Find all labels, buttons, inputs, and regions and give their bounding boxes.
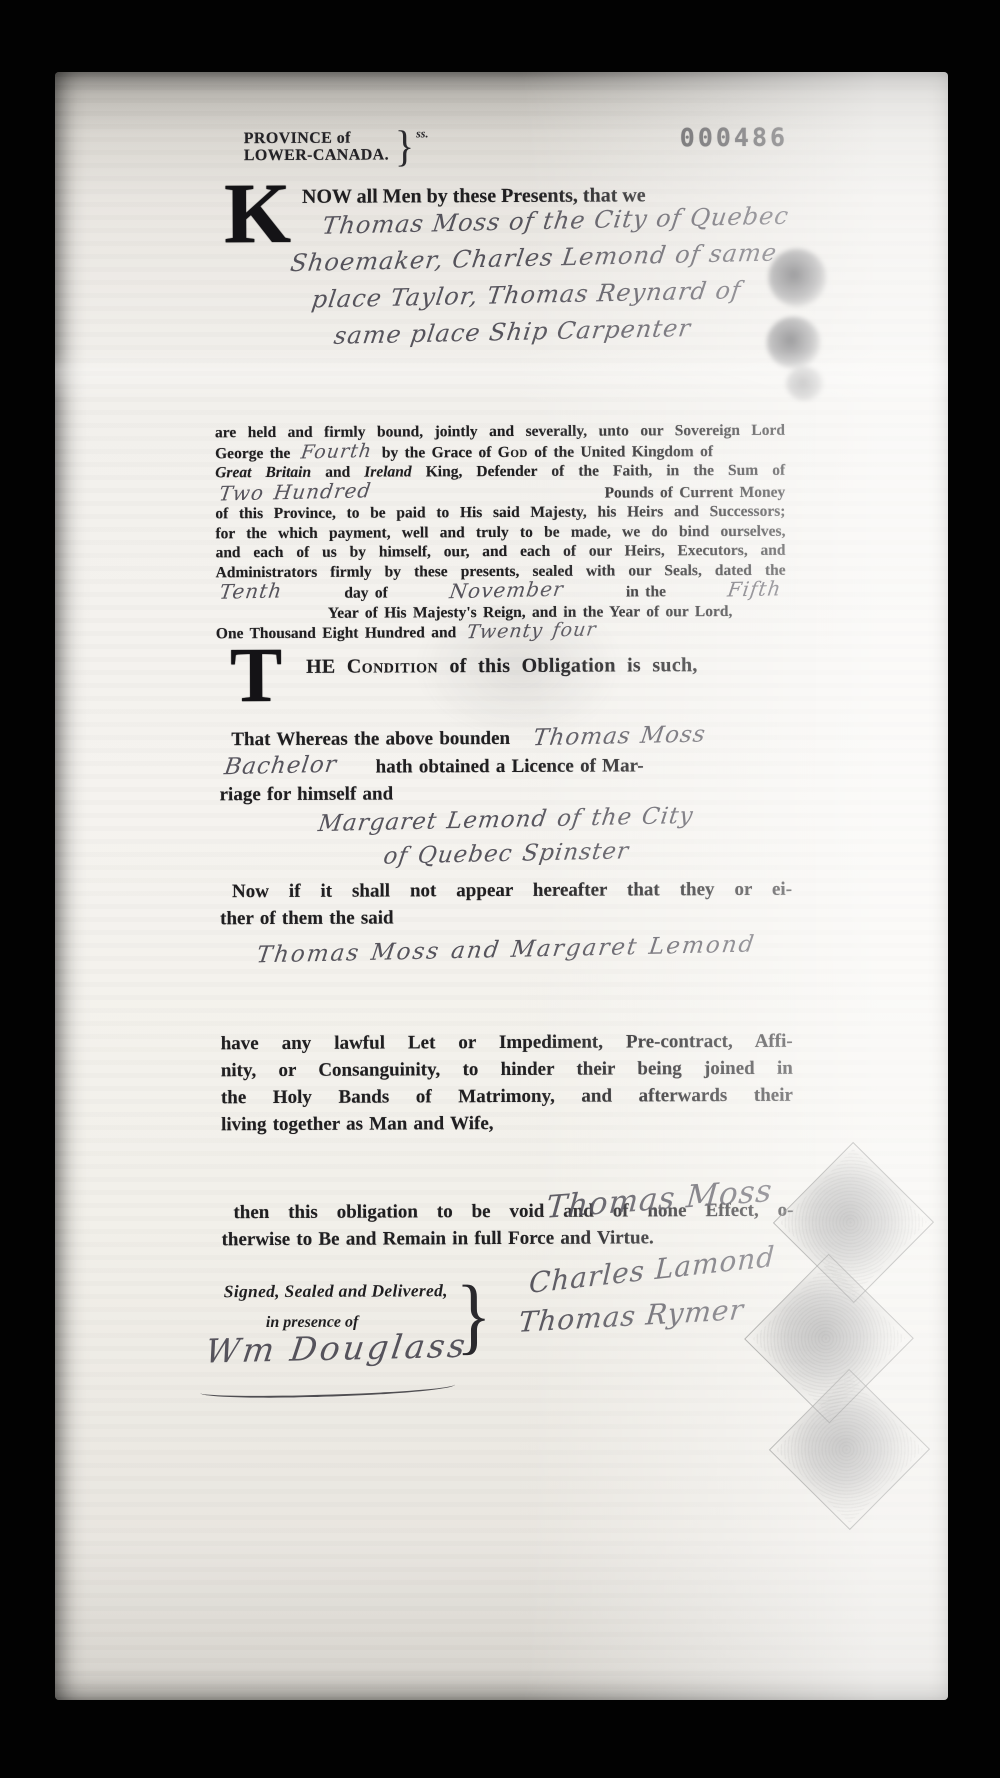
printed-text: God	[498, 443, 528, 460]
text-line: of Quebec Spinster	[220, 840, 792, 876]
text-line: Margaret Lemond of the City	[220, 806, 792, 842]
printed-text: of the United Kingdom of	[528, 443, 713, 461]
printed-text: riage for himself and	[220, 783, 394, 805]
header: PROVINCE of LOWER-CANADA. } ss.	[244, 122, 429, 170]
ink-blot	[786, 367, 824, 401]
bound-parties-handwriting: Thomas Moss of the City of QuebecShoemak…	[292, 206, 793, 356]
text-line: and each of us by himself, our, and each…	[216, 541, 786, 563]
handwritten-text: Bachelor	[222, 752, 338, 781]
printed-text: therwise to Be and Remain in full Force …	[221, 1227, 653, 1250]
text-line: Now if it shall not appear hereafter tha…	[220, 876, 792, 905]
province-line1: PROVINCE of	[244, 129, 389, 147]
handwritten-text: Shoemaker, Charles Lemond of same	[289, 239, 779, 278]
party-signature: Thomas Rymer	[518, 1295, 744, 1338]
dropcap-k: K	[224, 180, 291, 247]
printed-text: ther of them the said	[220, 907, 394, 929]
condition-body: That Whereas the above bounden Thomas Mo…	[219, 723, 793, 1253]
wax-wafer-seal	[769, 1369, 930, 1530]
printed-text: Great Britain	[215, 464, 311, 481]
handwritten-text: Wm Douglass	[203, 1326, 471, 1371]
dropcap-t: T	[230, 645, 282, 706]
text-line: the Holy Bands of Matrimony, and afterwa…	[221, 1082, 793, 1111]
ink-blot	[767, 317, 821, 369]
handwritten-text: of Quebec Spinster	[381, 838, 630, 870]
printed-text: have any lawful Let or Impediment, Pre-c…	[221, 1031, 793, 1054]
province-title: PROVINCE of LOWER-CANADA.	[244, 129, 389, 164]
province-line2: LOWER-CANADA.	[244, 146, 389, 164]
printed-text: by the Grace of	[375, 444, 497, 462]
bleed-through-stain	[414, 591, 625, 742]
printed-text: in the	[626, 582, 666, 602]
witness-signature: Wm Douglass	[206, 1328, 468, 1369]
text-line: Thomas Moss and Margaret Lemond	[220, 930, 792, 1004]
serial-number-stamp: 000486	[680, 123, 788, 152]
handwritten-text: Thomas Moss of the City of Quebec	[321, 202, 791, 240]
text-line: riage for himself and	[220, 779, 792, 808]
text-line: living together as Man and Wife,	[221, 1109, 793, 1138]
handwritten-text: Margaret Lemond of the City	[316, 803, 695, 838]
printed-text: Pounds of Current Money	[605, 482, 786, 502]
printed-text: King, Defender of the Faith, in the Sum …	[412, 462, 786, 481]
printed-text: Now if it shall not appear hereafter tha…	[232, 879, 792, 902]
signing-block: Signed, Sealed and Delivered, in presenc…	[224, 1279, 844, 1333]
printed-text: hath obtained a Licence of Mar-	[376, 755, 644, 777]
printed-text: day of	[344, 583, 388, 603]
printed-text: the Holy Bands of Matrimony, and afterwa…	[221, 1085, 793, 1108]
text-line: for the which payment, well and truly to…	[215, 521, 785, 543]
text-line: are held and firmly bound, jointly and s…	[215, 421, 785, 443]
paper-sheet: PROVINCE of LOWER-CANADA. } ss. 000486 K…	[55, 72, 948, 1700]
printed-text: and each of us by himself, our, and each…	[216, 542, 786, 561]
text-line: place Taylor, Thomas Reynard of	[276, 280, 776, 319]
text-line: have any lawful Let or Impediment, Pre-c…	[221, 1028, 793, 1057]
text-line: ther of them the said	[220, 903, 792, 932]
printed-text: for the which payment, well and truly to…	[215, 522, 785, 541]
text-line: nity, or Consanguinity, to hinder their …	[221, 1055, 793, 1084]
handwritten-text: Fourth	[299, 441, 373, 462]
printed-text: HE	[306, 656, 347, 678]
handwritten-text: same place Ship Carpenter	[332, 314, 693, 350]
handwritten-text: place Taylor, Thomas Reynard of	[310, 276, 743, 313]
text-line: Bachelorhath obtained a Licence of Mar-	[219, 751, 791, 781]
printed-text: living together as Man and Wife,	[221, 1113, 494, 1135]
printed-text: George the	[215, 444, 297, 461]
document-scan: PROVINCE of LOWER-CANADA. } ss. 000486 K…	[0, 0, 1000, 1778]
text-line: of this Province, to be paid to His said…	[215, 502, 785, 524]
printed-text: nity, or Consanguinity, to hinder their …	[221, 1058, 793, 1081]
ink-blot	[768, 249, 826, 307]
ss-abbreviation: ss.	[416, 126, 428, 141]
handwritten-text: Fifth	[727, 579, 783, 600]
handwritten-text: Thomas Moss and Margaret Lemond	[255, 932, 757, 970]
handwritten-text: Tenth	[218, 581, 283, 602]
text-line: George the Fourth by the Grace of God of…	[215, 440, 785, 463]
printed-text: of this Province, to be paid to His said…	[215, 503, 785, 522]
header-brace: }	[395, 120, 414, 172]
text-line: Two HundredPounds of Current Money	[215, 480, 785, 504]
printed-text: are held and firmly bound, jointly and s…	[215, 422, 785, 441]
paper-content: PROVINCE of LOWER-CANADA. } ss. 000486 K…	[51, 70, 951, 1702]
handwritten-text: Two Hundred	[218, 481, 373, 504]
text-line: same place Ship Carpenter	[263, 317, 763, 356]
